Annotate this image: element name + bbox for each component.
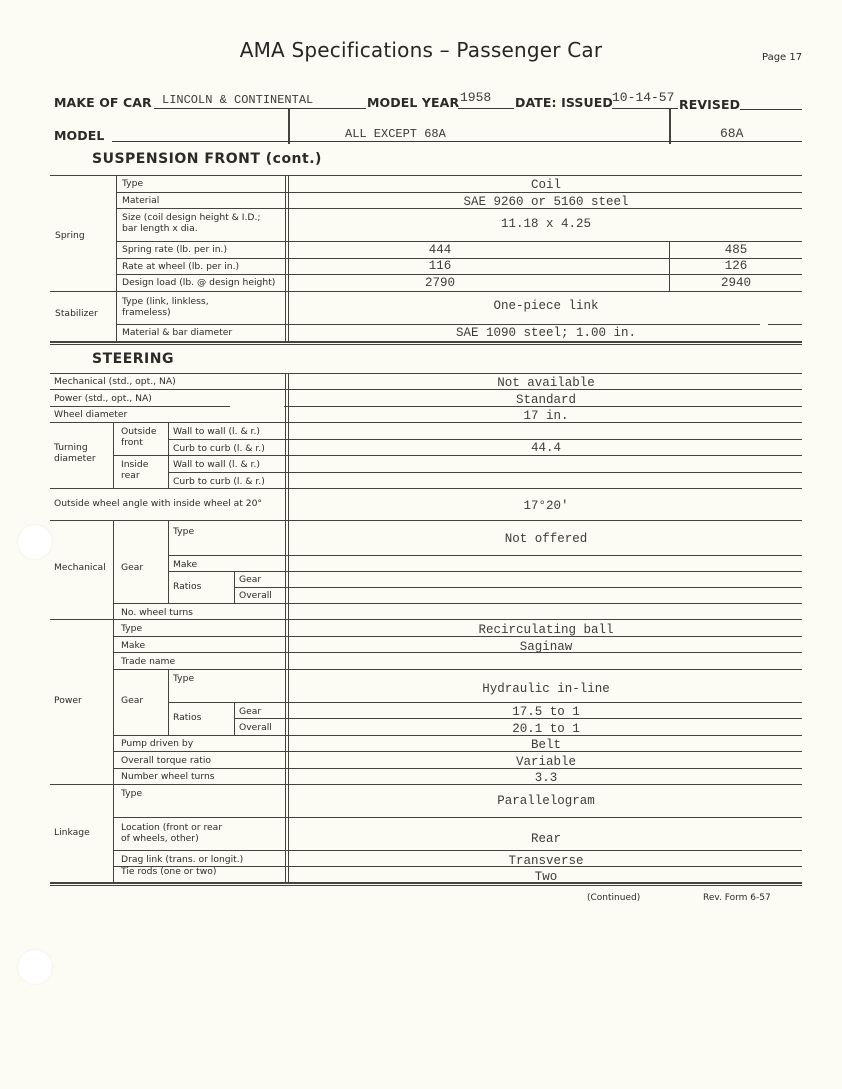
value-cell[interactable]: 17°20' [290,499,802,513]
row-label: Wall to wall (l. & r.) [173,426,260,437]
row-label: Rate at wheel (lb. per in.) [122,261,239,272]
value-cell[interactable]: Variable [290,755,802,769]
row-label: Trade name [121,656,175,667]
row-label: Design load (lb. @ design height) [122,277,275,288]
section-steering: STEERING [92,351,174,367]
value-cell[interactable]: 11.18 x 4.25 [290,217,802,231]
form-revision: Rev. Form 6-57 [703,893,771,903]
row-label: Overall [239,590,272,601]
group-power: Power [54,695,82,706]
value-cell[interactable]: 2790 [290,276,590,290]
punch-hole [18,950,52,984]
value-cell[interactable]: 20.1 to 1 [290,722,802,736]
row-label: Spring rate (lb. per in.) [122,244,227,255]
value-cell[interactable]: Parallelogram [290,794,802,808]
value-cell[interactable]: Standard [290,393,802,407]
page-number: Page 17 [762,52,802,63]
make-label: MAKE OF CAR [54,95,152,110]
value-cell[interactable]: 116 [290,259,590,273]
group-turning-diameter: Turning diameter [54,442,104,464]
row-label: Material [122,195,159,206]
page-title: AMA Specifications – Passenger Car [0,38,842,62]
row-label: Location (front or rear of wheels, other… [121,822,222,844]
row-label: Curb to curb (l. & r.) [173,476,265,487]
group-gear: Gear [121,562,143,573]
punch-hole [18,525,52,559]
row-label: Make [173,559,197,570]
row-label: Curb to curb (l. & r.) [173,443,265,454]
group-power-gear: Gear [121,695,143,706]
value-cell[interactable]: Two [290,870,802,884]
value-cell[interactable]: 17 in. [290,409,802,423]
row-label: Type [173,526,194,537]
row-label: Pump driven by [121,738,193,749]
value-cell[interactable]: Recirculating ball [290,623,802,637]
value-cell[interactable]: Not offered [290,532,802,546]
model-col2[interactable]: 68A [720,126,743,141]
group-spring: Spring [55,230,85,241]
row-label: Ratios [173,712,201,723]
row-label: Size (coil design height & I.D.; bar len… [122,212,260,234]
value-cell-68a[interactable]: 2940 [670,276,802,290]
revised-label: REVISED [679,97,740,112]
row-label: Drag link (trans. or longit.) [121,854,243,865]
section-suspension-front: SUSPENSION FRONT (cont.) [92,151,322,167]
model-year-label: MODEL YEAR [367,95,459,110]
value-cell[interactable]: Belt [290,738,802,752]
row-label: Wall to wall (l. & r.) [173,459,260,470]
value-cell[interactable]: 444 [290,243,590,257]
value-cell[interactable]: One-piece link [290,299,802,313]
row-label: Tie rods (one or two) [121,866,216,877]
row-label: Wheel diameter [54,409,127,420]
group-inside-rear: Inside rear [121,459,165,481]
model-label: MODEL [54,128,104,143]
row-label: Type (link, linkless, frameless) [122,296,209,318]
value-cell-68a[interactable]: 485 [670,243,802,257]
value-cell[interactable]: Coil [290,178,802,192]
row-label: Type [121,623,142,634]
value-cell[interactable]: Hydraulic in-line [290,682,802,696]
make-value[interactable]: LINCOLN & CONTINENTAL [162,93,313,107]
row-label: Ratios [173,581,201,592]
value-cell-68a[interactable]: 126 [670,259,802,273]
row-label: Mechanical (std., opt., NA) [54,376,176,387]
divider [669,108,671,144]
value-cell[interactable]: 17.5 to 1 [290,705,802,719]
group-outside-front: Outside front [121,426,165,448]
row-label: Type [173,673,194,684]
date-issued-value[interactable]: 10-14-57 [612,90,674,105]
date-issued-label: DATE: ISSUED [515,95,613,110]
value-cell[interactable]: Not available [290,376,802,390]
header-make-row: MAKE OF CAR LINCOLN & CONTINENTAL MODEL … [54,92,804,112]
value-cell[interactable]: SAE 9260 or 5160 steel [290,195,802,209]
row-label: No. wheel turns [121,607,193,618]
row-label: Make [121,640,145,651]
model-year-value[interactable]: 1958 [460,90,491,105]
row-label: Type [121,788,142,799]
row-label: Number wheel turns [121,771,215,782]
group-mechanical: Mechanical [54,562,106,573]
value-cell[interactable]: 3.3 [290,771,802,785]
row-label: Gear [239,574,261,585]
row-label: Outside wheel angle with inside wheel at… [54,498,262,509]
continued-note: (Continued) [587,893,640,903]
row-label: Overall torque ratio [121,755,211,766]
model-col1[interactable]: ALL EXCEPT 68A [345,127,446,141]
group-stabilizer: Stabilizer [55,308,98,319]
row-label: Type [122,178,143,189]
value-cell[interactable]: Rear [290,832,802,846]
row-label: Power (std., opt., NA) [54,393,152,404]
divider [288,108,290,144]
value-cell[interactable]: Saginaw [290,640,802,654]
group-linkage: Linkage [54,827,90,838]
value-cell[interactable]: Transverse [290,854,802,868]
value-cell[interactable]: 44.4 [290,441,802,455]
row-label: Gear [239,706,261,717]
row-label: Material & bar diameter [122,327,232,338]
row-label: Overall [239,722,272,733]
value-cell[interactable]: SAE 1090 steel; 1.00 in. [290,326,802,340]
